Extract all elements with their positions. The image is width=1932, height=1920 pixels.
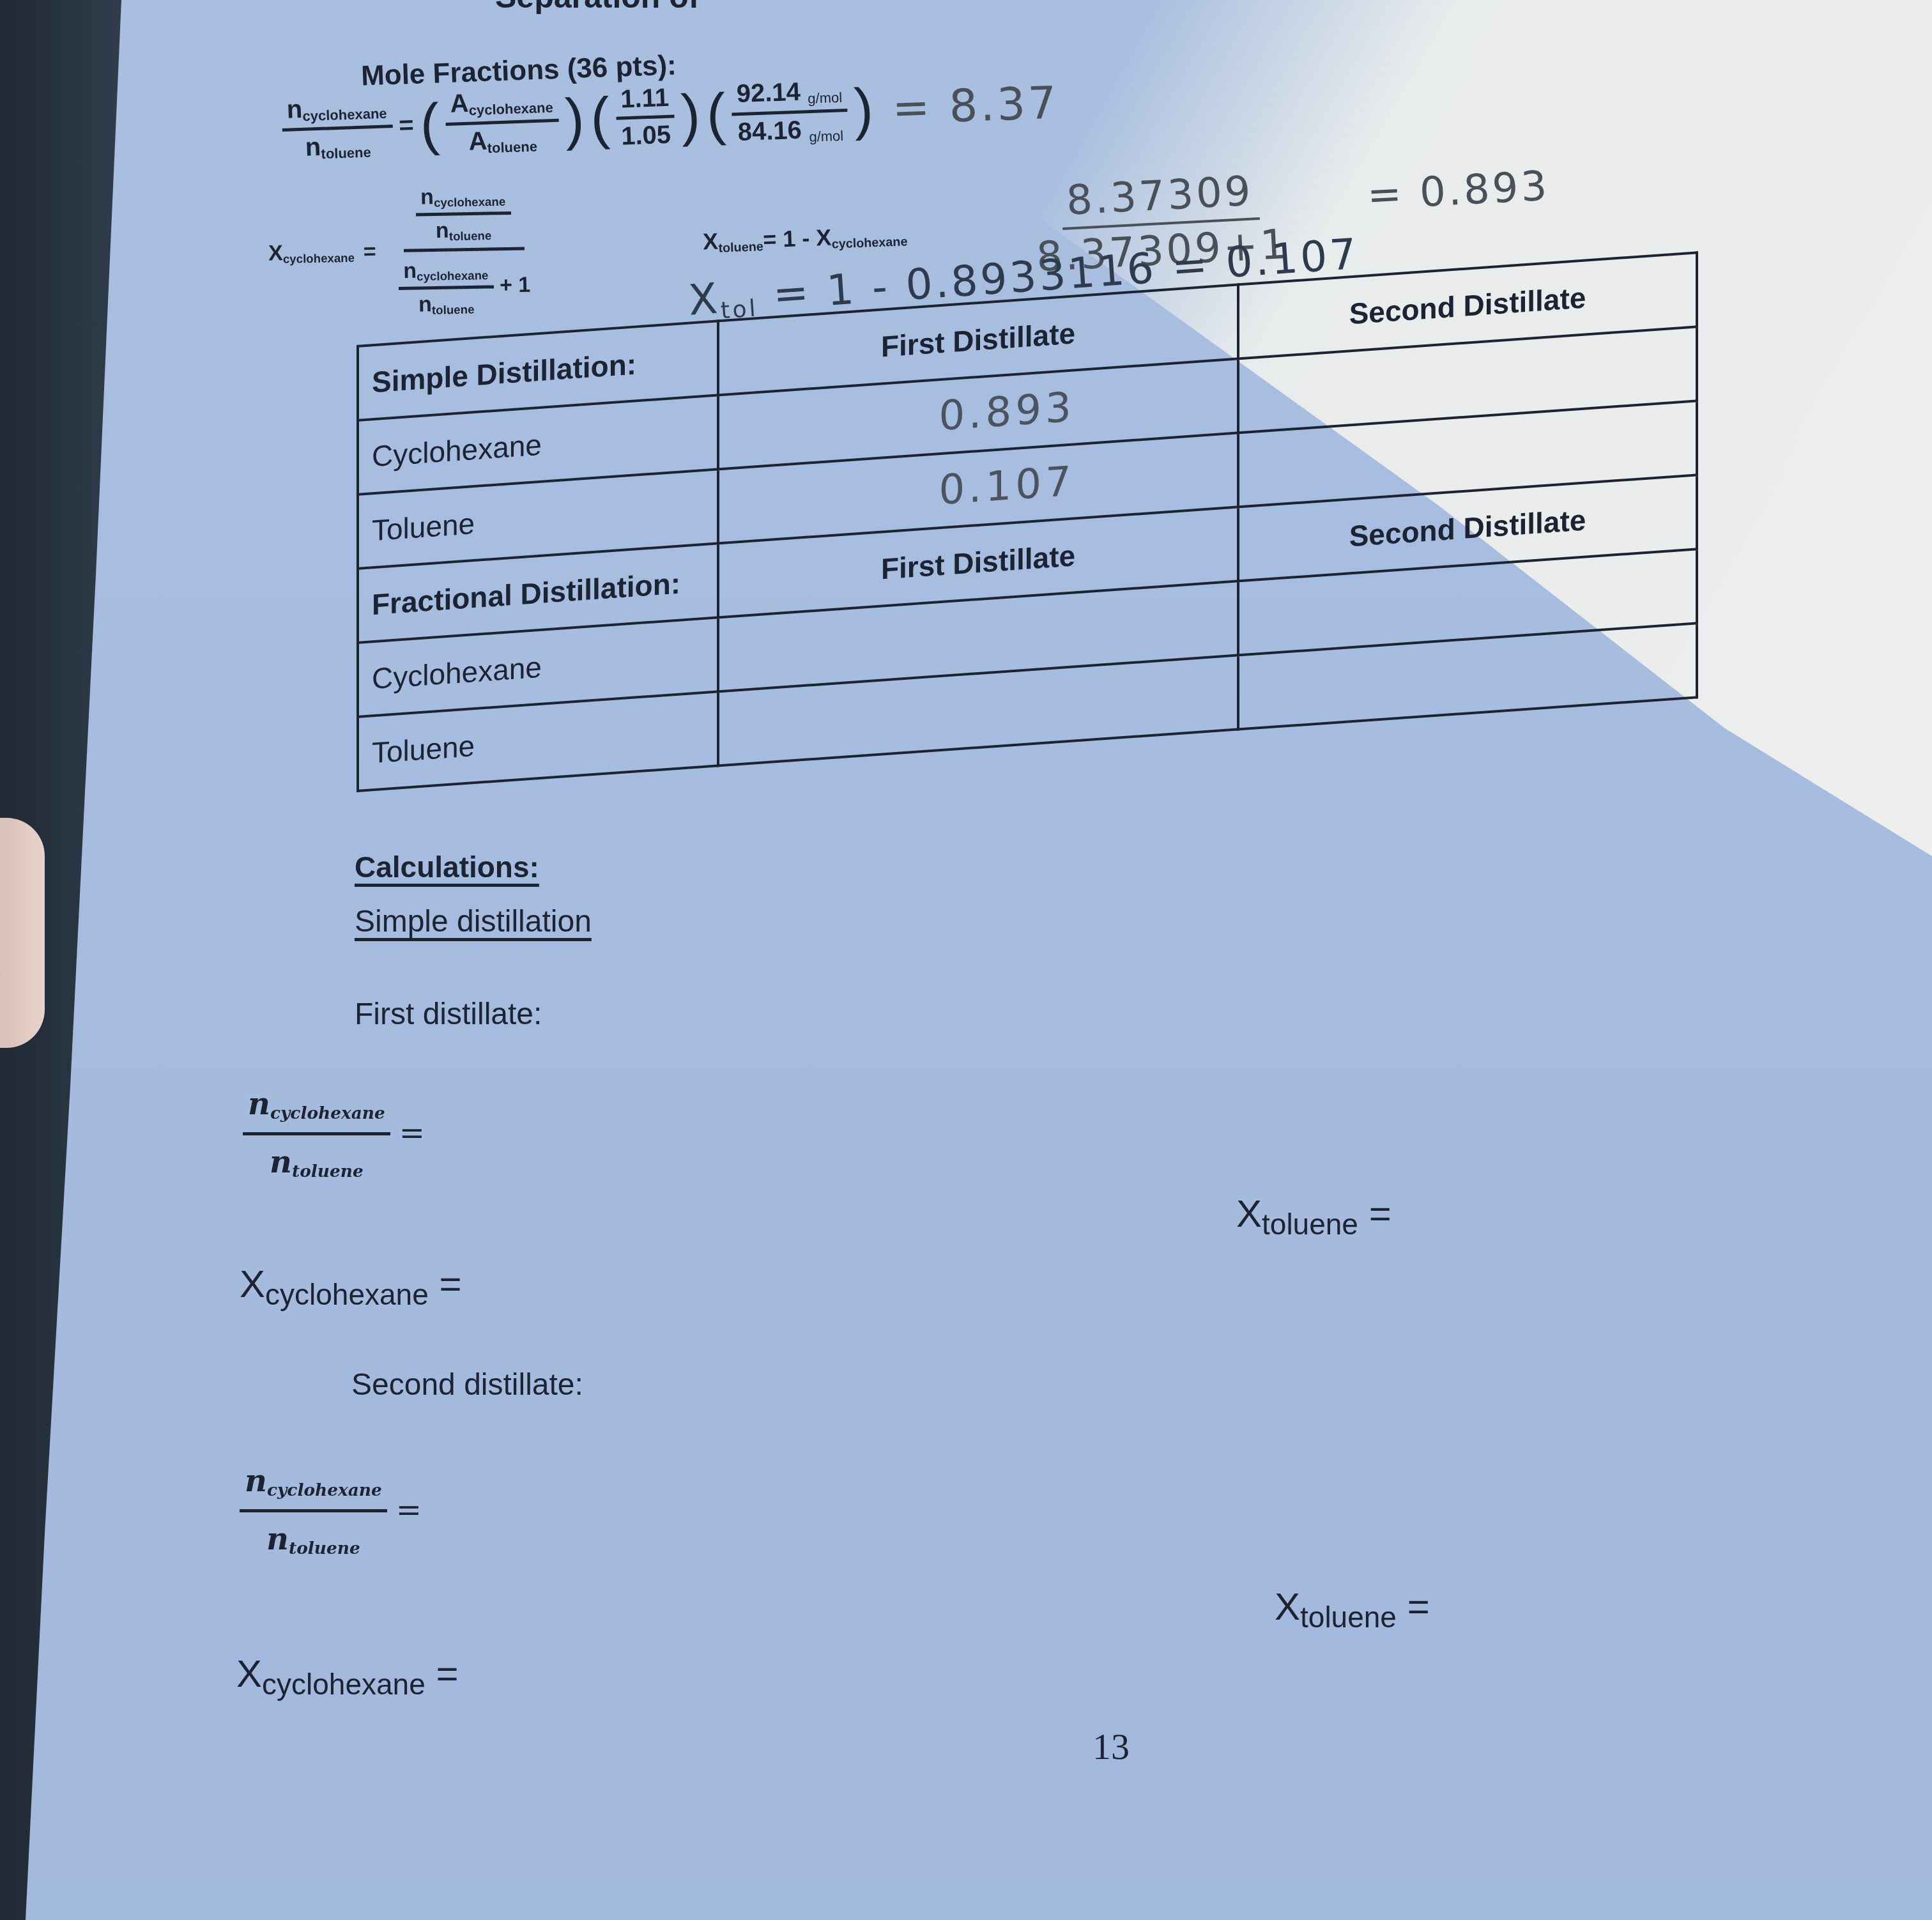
holding-finger [0,818,45,1048]
molar-mass-ratio-fraction: 92.14 g/mol 84.16 g/mol [731,76,849,148]
mole-fraction-table: Simple Distillation: First Distillate Se… [356,251,1698,792]
second-x-cyclohexane-field[interactable]: Xcyclohexane = [236,1652,458,1701]
first-x-toluene-field[interactable]: Xtoluene = [1236,1192,1391,1241]
area-ratio-fraction: Acyclohexane Atoluene [445,86,560,158]
document-heading: Separation of [495,0,699,15]
first-mole-ratio-field: ncyclohexanentoluene = [243,1086,425,1181]
second-distillate-label: Second distillate: [351,1367,583,1402]
mole-ratio-fraction: ncyclohexane ntoluene [281,92,394,164]
density-ratio-fraction: 1.11 1.05 [615,83,676,151]
equals-sign: = [398,111,414,140]
handwritten-x-cyclohexane-result: = 0.893 [1366,163,1551,220]
second-x-toluene-field[interactable]: Xtoluene = [1275,1585,1430,1634]
second-mole-ratio-field: ncyclohexanentoluene = [240,1463,422,1558]
handwritten-ratio-result: = 8.37 [891,77,1059,135]
calculations-subtitle: Simple distillation [355,904,592,939]
first-x-cyclohexane-field[interactable]: Xcyclohexane = [240,1262,461,1312]
first-distillate-label: First distillate: [355,997,542,1032]
page-number: 13 [1092,1725,1130,1768]
x-cyclohexane-formula: Xcyclohexane = ncyclohexanentoluene ncyc… [267,183,531,320]
calculations-title: Calculations: [355,850,539,884]
